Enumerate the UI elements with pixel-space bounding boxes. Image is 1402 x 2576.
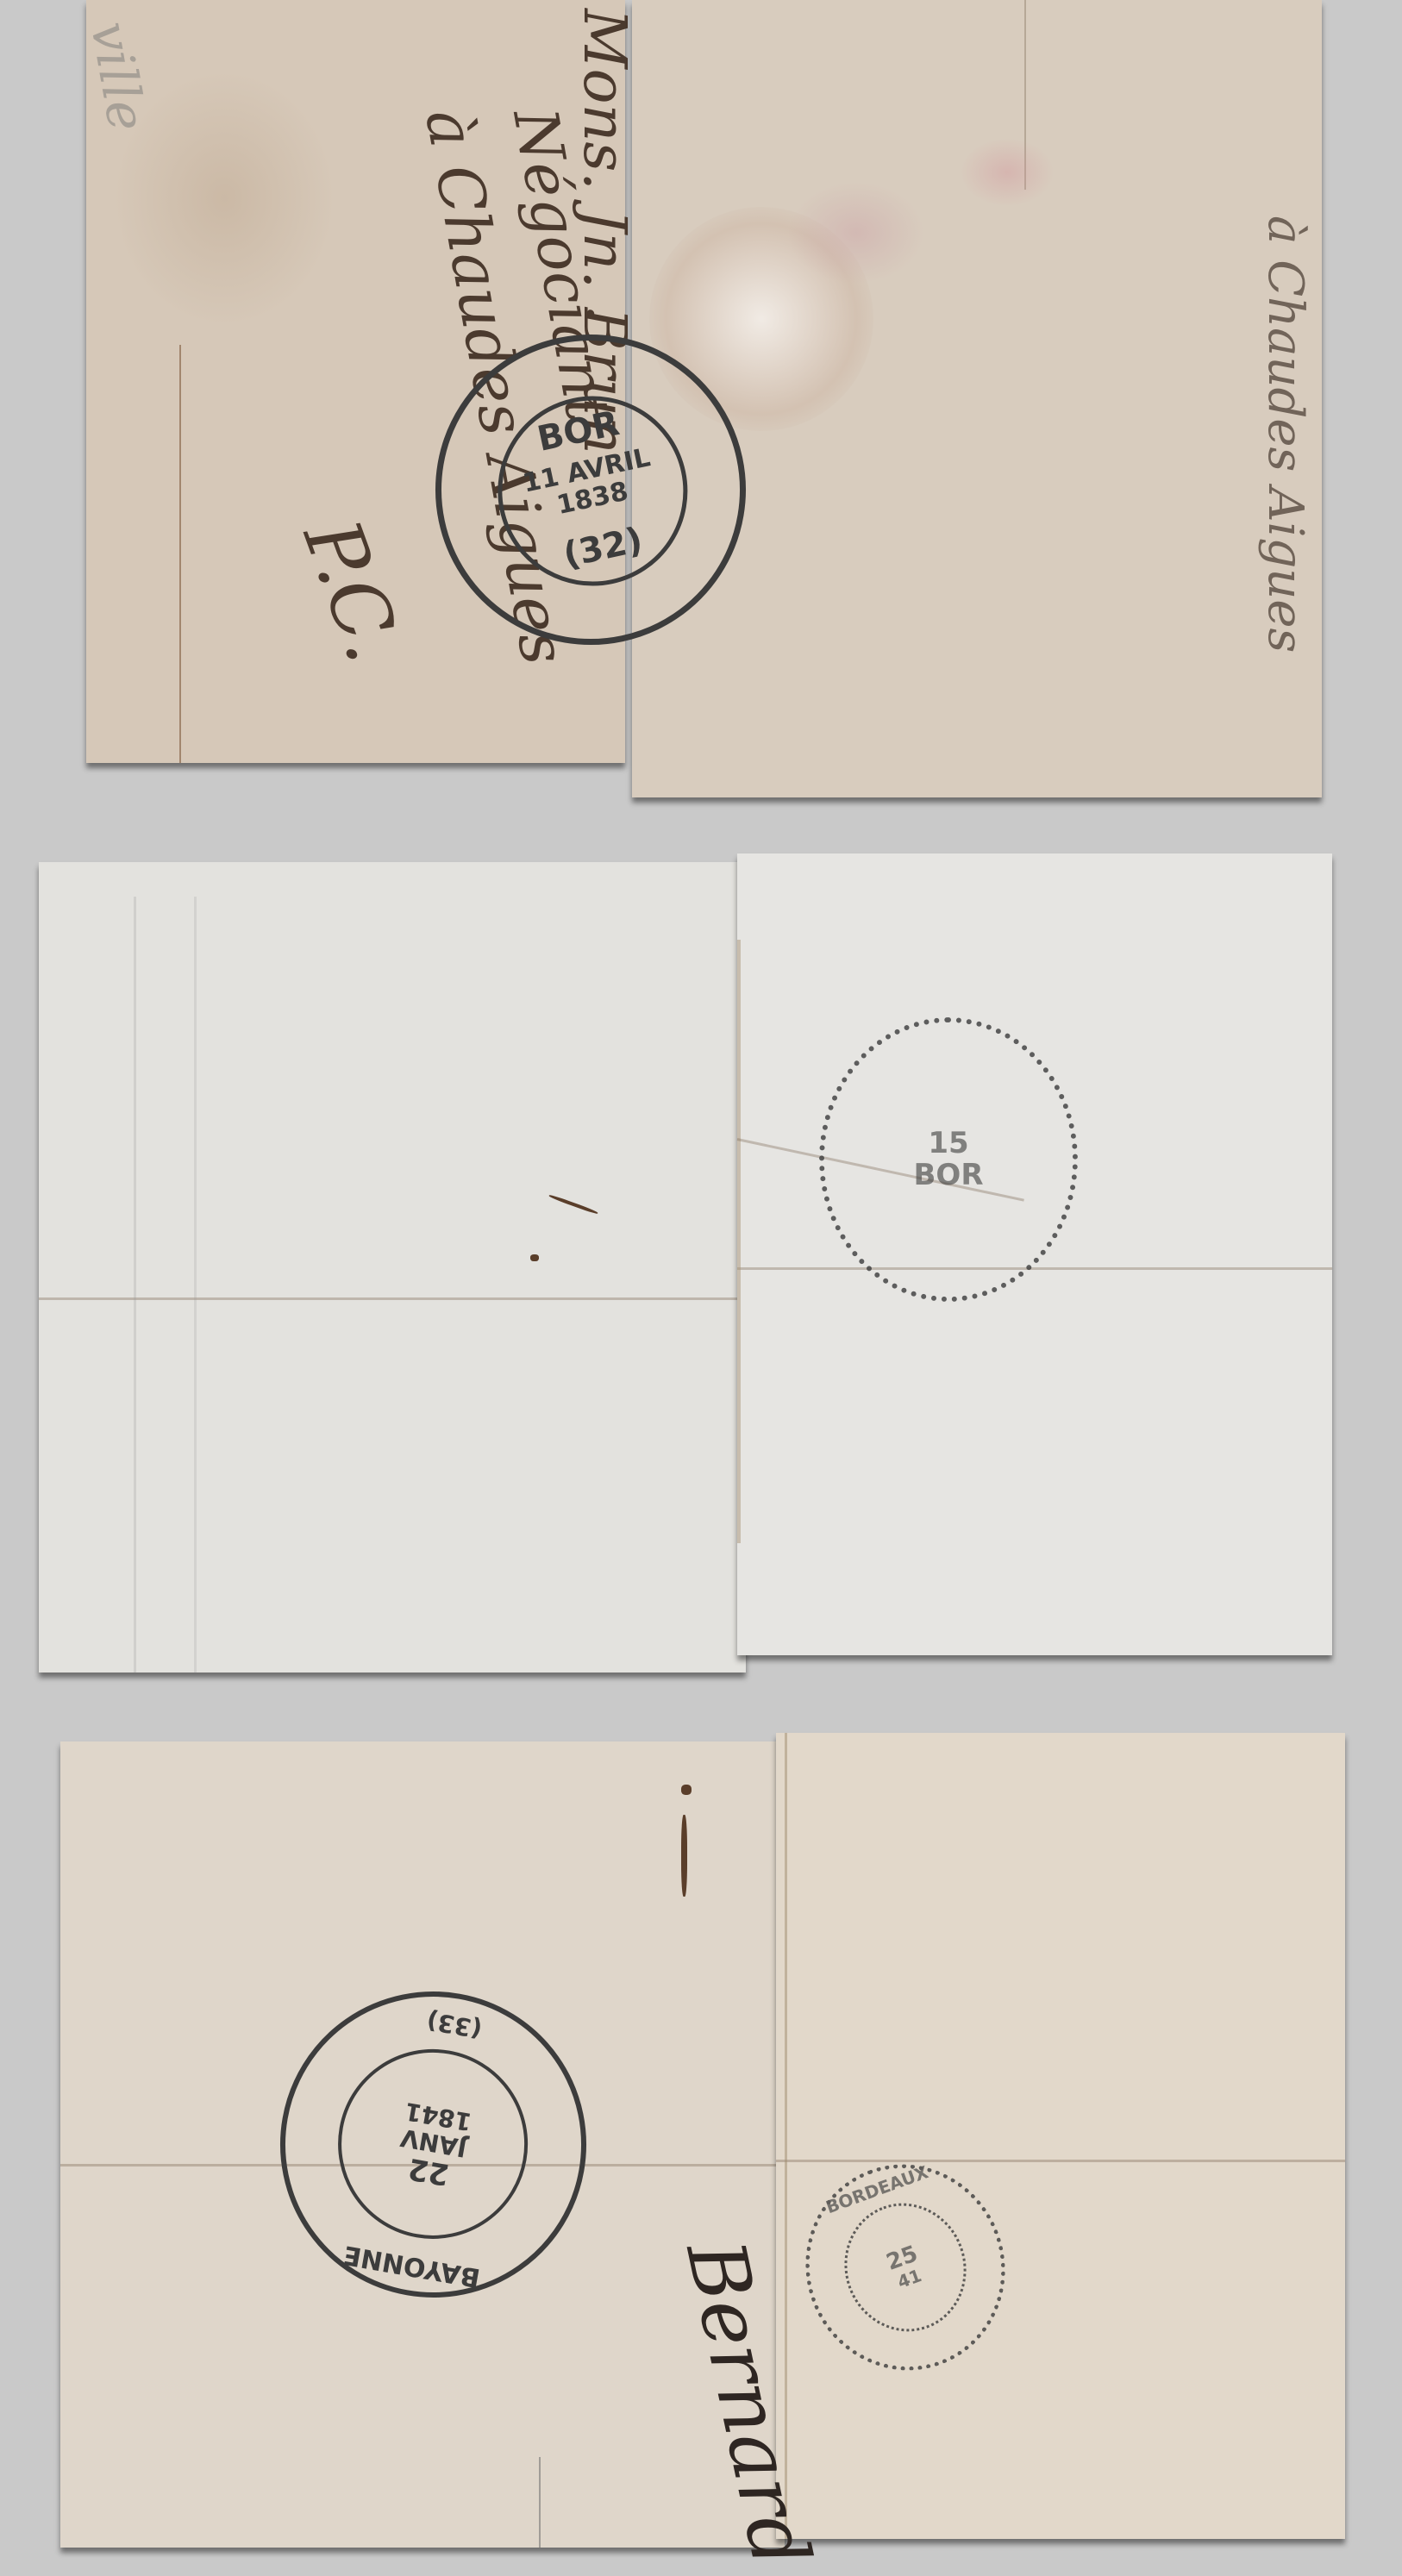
letter-middle xyxy=(39,862,746,1673)
postmark-top-text: BOR xyxy=(914,1160,984,1191)
faint-writing xyxy=(134,897,136,1673)
letter-top-flap: à Chaudes Aigues xyxy=(632,0,1322,797)
fold-line xyxy=(39,1297,746,1300)
pencil-writing: ville xyxy=(78,17,157,135)
ink-mark xyxy=(681,1815,687,1897)
margin-writing: à Chaudes Aigues xyxy=(1257,216,1313,653)
ink-mark xyxy=(548,1194,598,1215)
postmark-day: 15 xyxy=(928,1128,968,1160)
ink-mark xyxy=(681,1785,692,1795)
pink-stain xyxy=(960,138,1055,207)
postmark-department: (33) xyxy=(425,2006,485,2042)
fold-line xyxy=(776,2160,1345,2162)
pink-stain xyxy=(787,181,925,284)
ruled-line xyxy=(539,2457,541,2548)
letter-bottom-flap xyxy=(776,1733,1345,2539)
initials: P.C. xyxy=(285,509,419,673)
faint-writing: ​ xyxy=(119,1767,190,1773)
faint-writing xyxy=(194,897,197,1673)
postmark-bordeaux-15: 15 BOR xyxy=(819,1017,1078,1302)
fold-line xyxy=(737,940,741,1543)
fold-line xyxy=(179,345,181,763)
fold-line xyxy=(737,1267,1332,1270)
ink-mark xyxy=(530,1254,539,1261)
